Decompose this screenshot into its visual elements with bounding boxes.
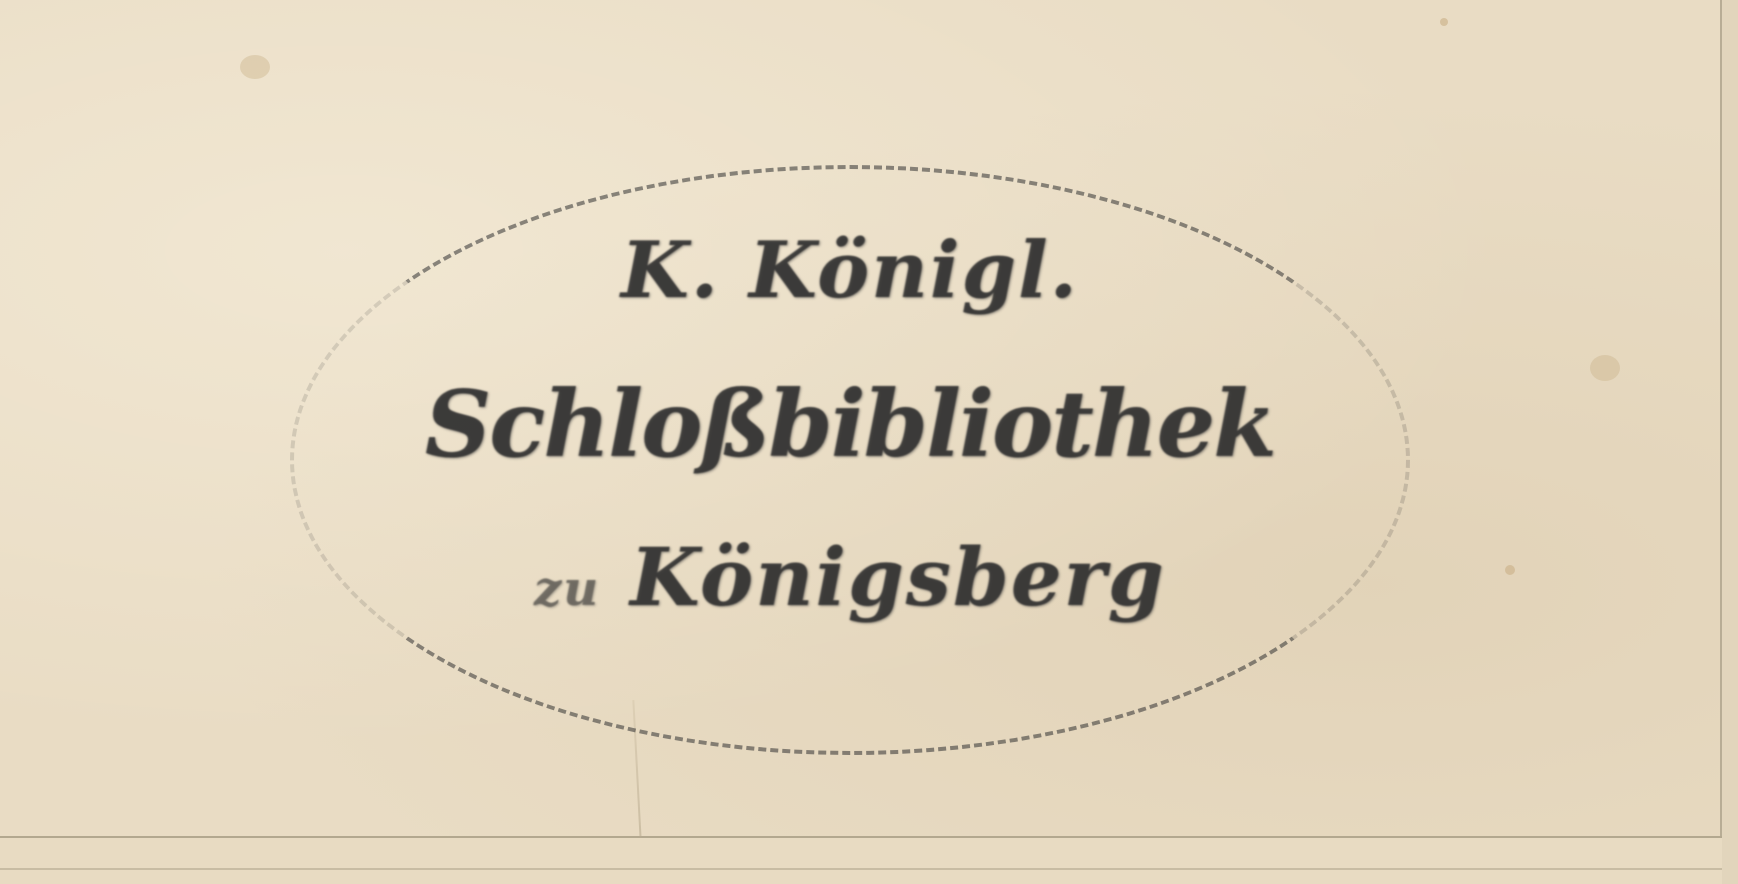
underlying-sheet: [0, 838, 1738, 884]
stamp-line-1: K. Königl.: [290, 225, 1410, 316]
underlying-sheet-edge: [0, 868, 1738, 870]
stain-spot: [1505, 565, 1515, 575]
stain-spot: [240, 55, 270, 79]
stamp-line-3-prefix: zu: [534, 561, 600, 617]
stamp-line-2: Schloßbibliothek: [290, 370, 1410, 478]
stamp-line-3-place: Königsberg: [630, 530, 1166, 624]
stamp-line-3: zuKönigsberg: [290, 530, 1410, 624]
stain-spot: [1440, 18, 1448, 26]
paper-sheet: K. Königl. Schloßbibliothek zuKönigsberg: [0, 0, 1722, 838]
paper-bottom-edge: [0, 836, 1738, 838]
library-stamp: K. Königl. Schloßbibliothek zuKönigsberg: [290, 165, 1410, 755]
paper-right-margin: [1722, 0, 1738, 884]
stain-spot: [1590, 355, 1620, 381]
